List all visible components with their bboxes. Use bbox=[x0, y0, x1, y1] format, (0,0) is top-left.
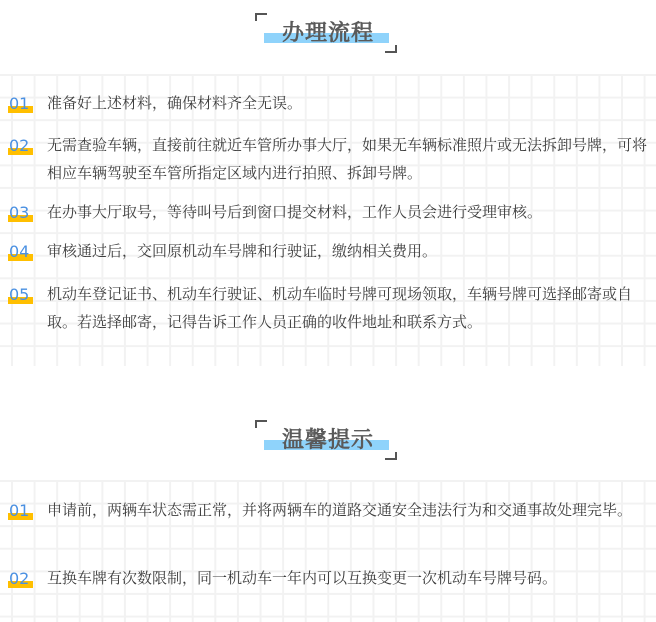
step-text: 准备好上述材料，确保材料齐全无误。 bbox=[47, 89, 647, 117]
step-number: 02 bbox=[9, 137, 34, 157]
tip-number: 01 bbox=[9, 502, 34, 522]
section-header-tips: 温馨提示 bbox=[0, 407, 656, 467]
section-title: 办理流程 bbox=[0, 16, 656, 47]
corner-bracket-bottom-right bbox=[385, 452, 397, 460]
tip-text: 互换车牌有次数限制，同一机动车一年内可以互换变更一次机动车号牌号码。 bbox=[47, 564, 647, 592]
tip-number: 02 bbox=[9, 570, 34, 590]
step-text: 在办事大厅取号，等待叫号后到窗口提交材料，工作人员会进行受理审核。 bbox=[47, 198, 647, 226]
step-text: 无需查验车辆，直接前往就近车管所办事大厅，如果无车辆标准照片或无法拆卸号牌，可将… bbox=[47, 131, 647, 187]
section-header-process: 办理流程 bbox=[0, 0, 656, 60]
step-text: 机动车登记证书、机动车行驶证、机动车临时号牌可现场领取，车辆号牌可选择邮寄或自取… bbox=[47, 280, 647, 336]
corner-bracket-bottom-right bbox=[385, 45, 397, 53]
step-number: 01 bbox=[9, 95, 34, 115]
step-number: 03 bbox=[9, 204, 34, 224]
tip-text: 申请前，两辆车状态需正常，并将两辆车的道路交通安全违法行为和交通事故处理完毕。 bbox=[47, 496, 647, 524]
step-number: 04 bbox=[9, 243, 34, 263]
step-number: 05 bbox=[9, 286, 34, 306]
step-text: 审核通过后，交回原机动车号牌和行驶证，缴纳相关费用。 bbox=[47, 237, 647, 265]
section-title: 温馨提示 bbox=[0, 423, 656, 454]
